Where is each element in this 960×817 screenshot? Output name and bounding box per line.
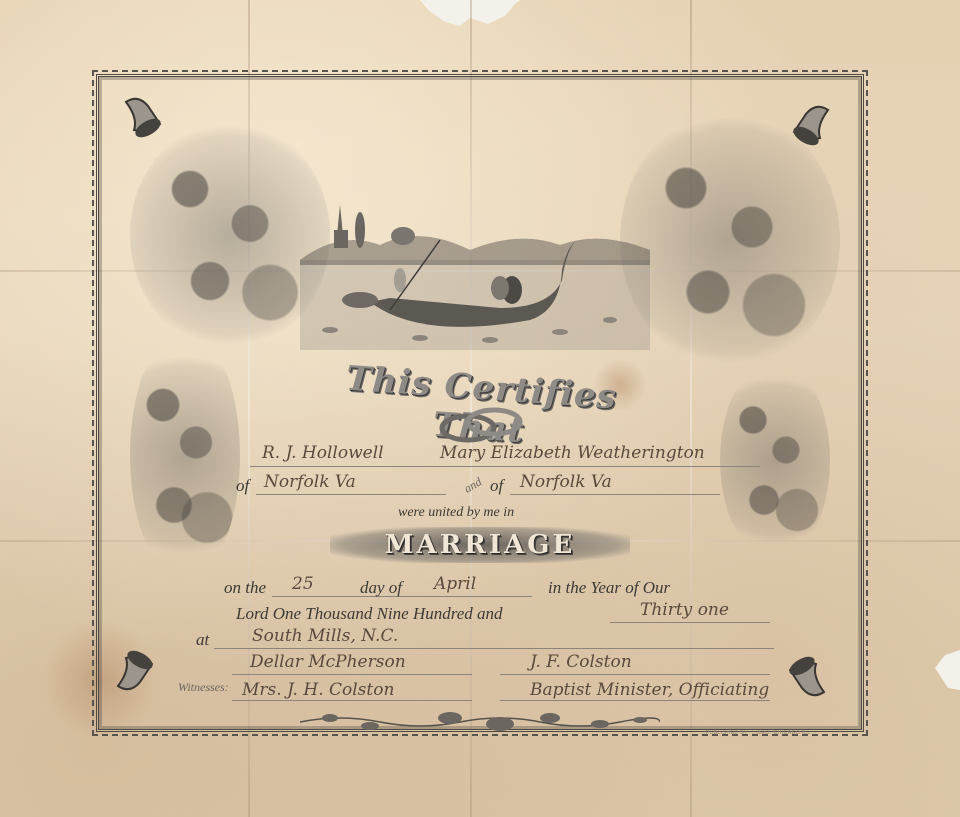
year-line	[610, 622, 770, 623]
publisher-credit: ...PUBLISHED BY ... BRO. CHICAGO ILL.	[700, 730, 813, 736]
swan-boat-illustration	[300, 190, 650, 350]
officiant-line	[500, 674, 770, 675]
interlocked-rings-icon	[436, 404, 526, 444]
bell-icon	[782, 656, 832, 702]
witness-2-line	[232, 700, 472, 701]
year-value: Thirty one	[640, 600, 729, 620]
at-label: at	[196, 630, 209, 650]
groom-residence: Norfolk Va	[264, 472, 356, 492]
witness-1: Dellar McPherson	[250, 652, 406, 672]
bell-icon	[118, 92, 168, 138]
floral-vine-ornament	[300, 708, 660, 734]
groom-residence-line	[256, 494, 446, 495]
witnesses-label: Witnesses:	[178, 680, 229, 695]
bell-icon	[110, 650, 160, 696]
united-text: were united by me in	[398, 505, 514, 521]
officiant-title-line	[500, 700, 770, 701]
names-line	[250, 466, 760, 467]
floral-spray-left-lower	[130, 330, 240, 580]
of-label: of	[236, 476, 249, 496]
groom-name: R. J. Hollowell	[262, 443, 384, 463]
officiant-name: J. F. Colston	[530, 652, 632, 672]
floral-spray-right-lower	[720, 360, 830, 560]
bride-residence-line	[510, 494, 720, 495]
day-of-label: day of	[360, 578, 402, 598]
marriage-banner: MARRIAGE	[330, 530, 630, 560]
day-value: 25	[292, 574, 314, 594]
place-value: South Mills, N.C.	[252, 626, 398, 646]
floral-spray-right	[620, 110, 840, 370]
bride-name: Mary Elizabeth Weatherington	[440, 443, 705, 463]
year-prefix-2: Lord One Thousand Nine Hundred and	[236, 604, 503, 624]
year-prefix-1: in the Year of Our	[548, 578, 670, 598]
on-the-label: on the	[224, 578, 266, 598]
bride-residence: Norfolk Va	[520, 472, 612, 492]
officiant-title: Baptist Minister, Officiating	[530, 680, 769, 700]
witness-2: Mrs. J. H. Colston	[242, 680, 394, 700]
witness-1-line	[232, 674, 472, 675]
place-line	[214, 648, 774, 649]
of-label: of	[490, 476, 503, 496]
month-value: April	[434, 574, 476, 594]
